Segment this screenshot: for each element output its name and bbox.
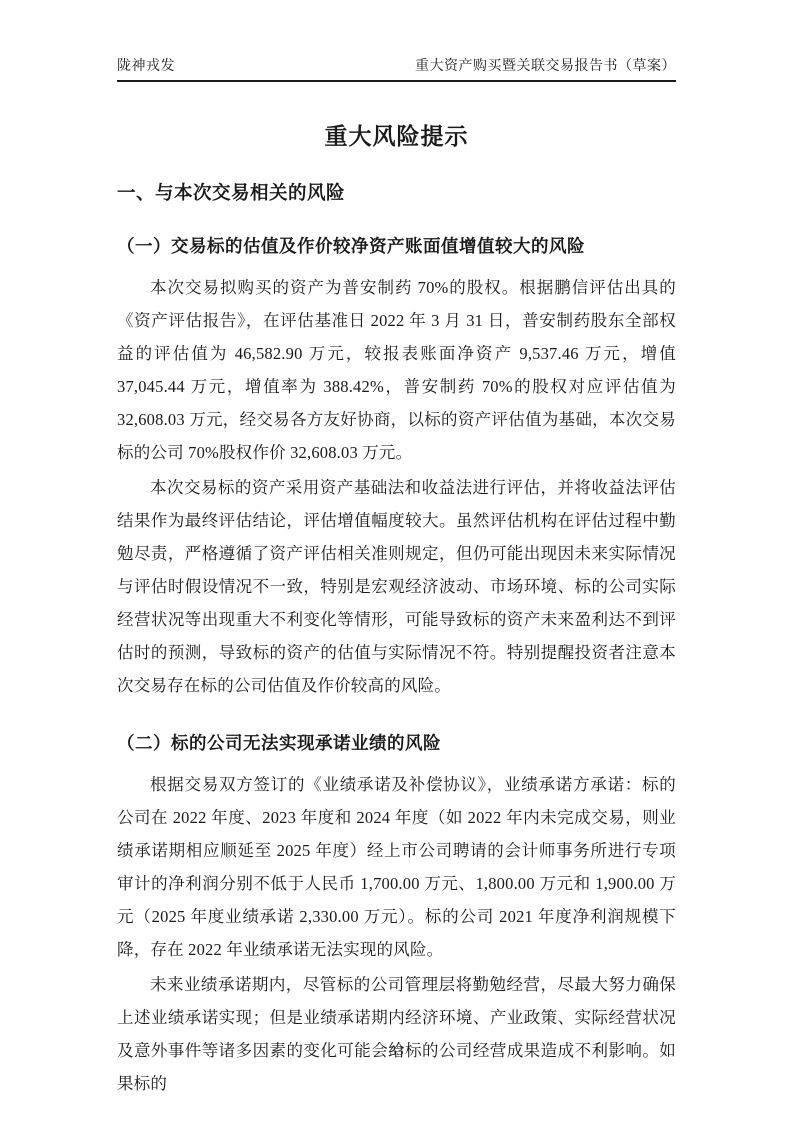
subsection-2-paragraph-1: 根据交易双方签订的《业绩承诺及补偿协议》，业绩承诺方承诺：标的公司在 2022 … xyxy=(117,768,676,966)
header-report-title: 重大资产购买暨关联交易报告书（草案） xyxy=(415,55,676,75)
subsection-1-paragraph-1: 本次交易拟购买的资产为普安制药 70%的股权。根据鹏信评估出具的《资产评估报告》… xyxy=(117,271,676,469)
subsection-2-heading: （二）标的公司无法实现承诺业绩的风险 xyxy=(117,730,676,755)
subsection-1-heading: （一）交易标的估值及作价较净资产账面值增值较大的风险 xyxy=(117,233,676,258)
header-company-name: 陇神戎发 xyxy=(117,55,175,75)
page-header: 陇神戎发 重大资产购买暨关联交易报告书（草案） xyxy=(117,55,676,82)
document-title: 重大风险提示 xyxy=(117,118,676,151)
document-page: 陇神戎发 重大资产购买暨关联交易报告书（草案） 重大风险提示 一、与本次交易相关… xyxy=(0,0,793,1122)
page-number: 33 xyxy=(0,1044,793,1060)
subsection-1-paragraph-2: 本次交易标的资产采用资产基础法和收益法进行评估，并将收益法评估结果作为最终评估结… xyxy=(117,471,676,702)
section-1-heading: 一、与本次交易相关的风险 xyxy=(117,179,676,205)
subsection-2-paragraph-2: 未来业绩承诺期内，尽管标的公司管理层将勤勉经营，尽最大努力确保上述业绩承诺实现；… xyxy=(117,968,676,1100)
